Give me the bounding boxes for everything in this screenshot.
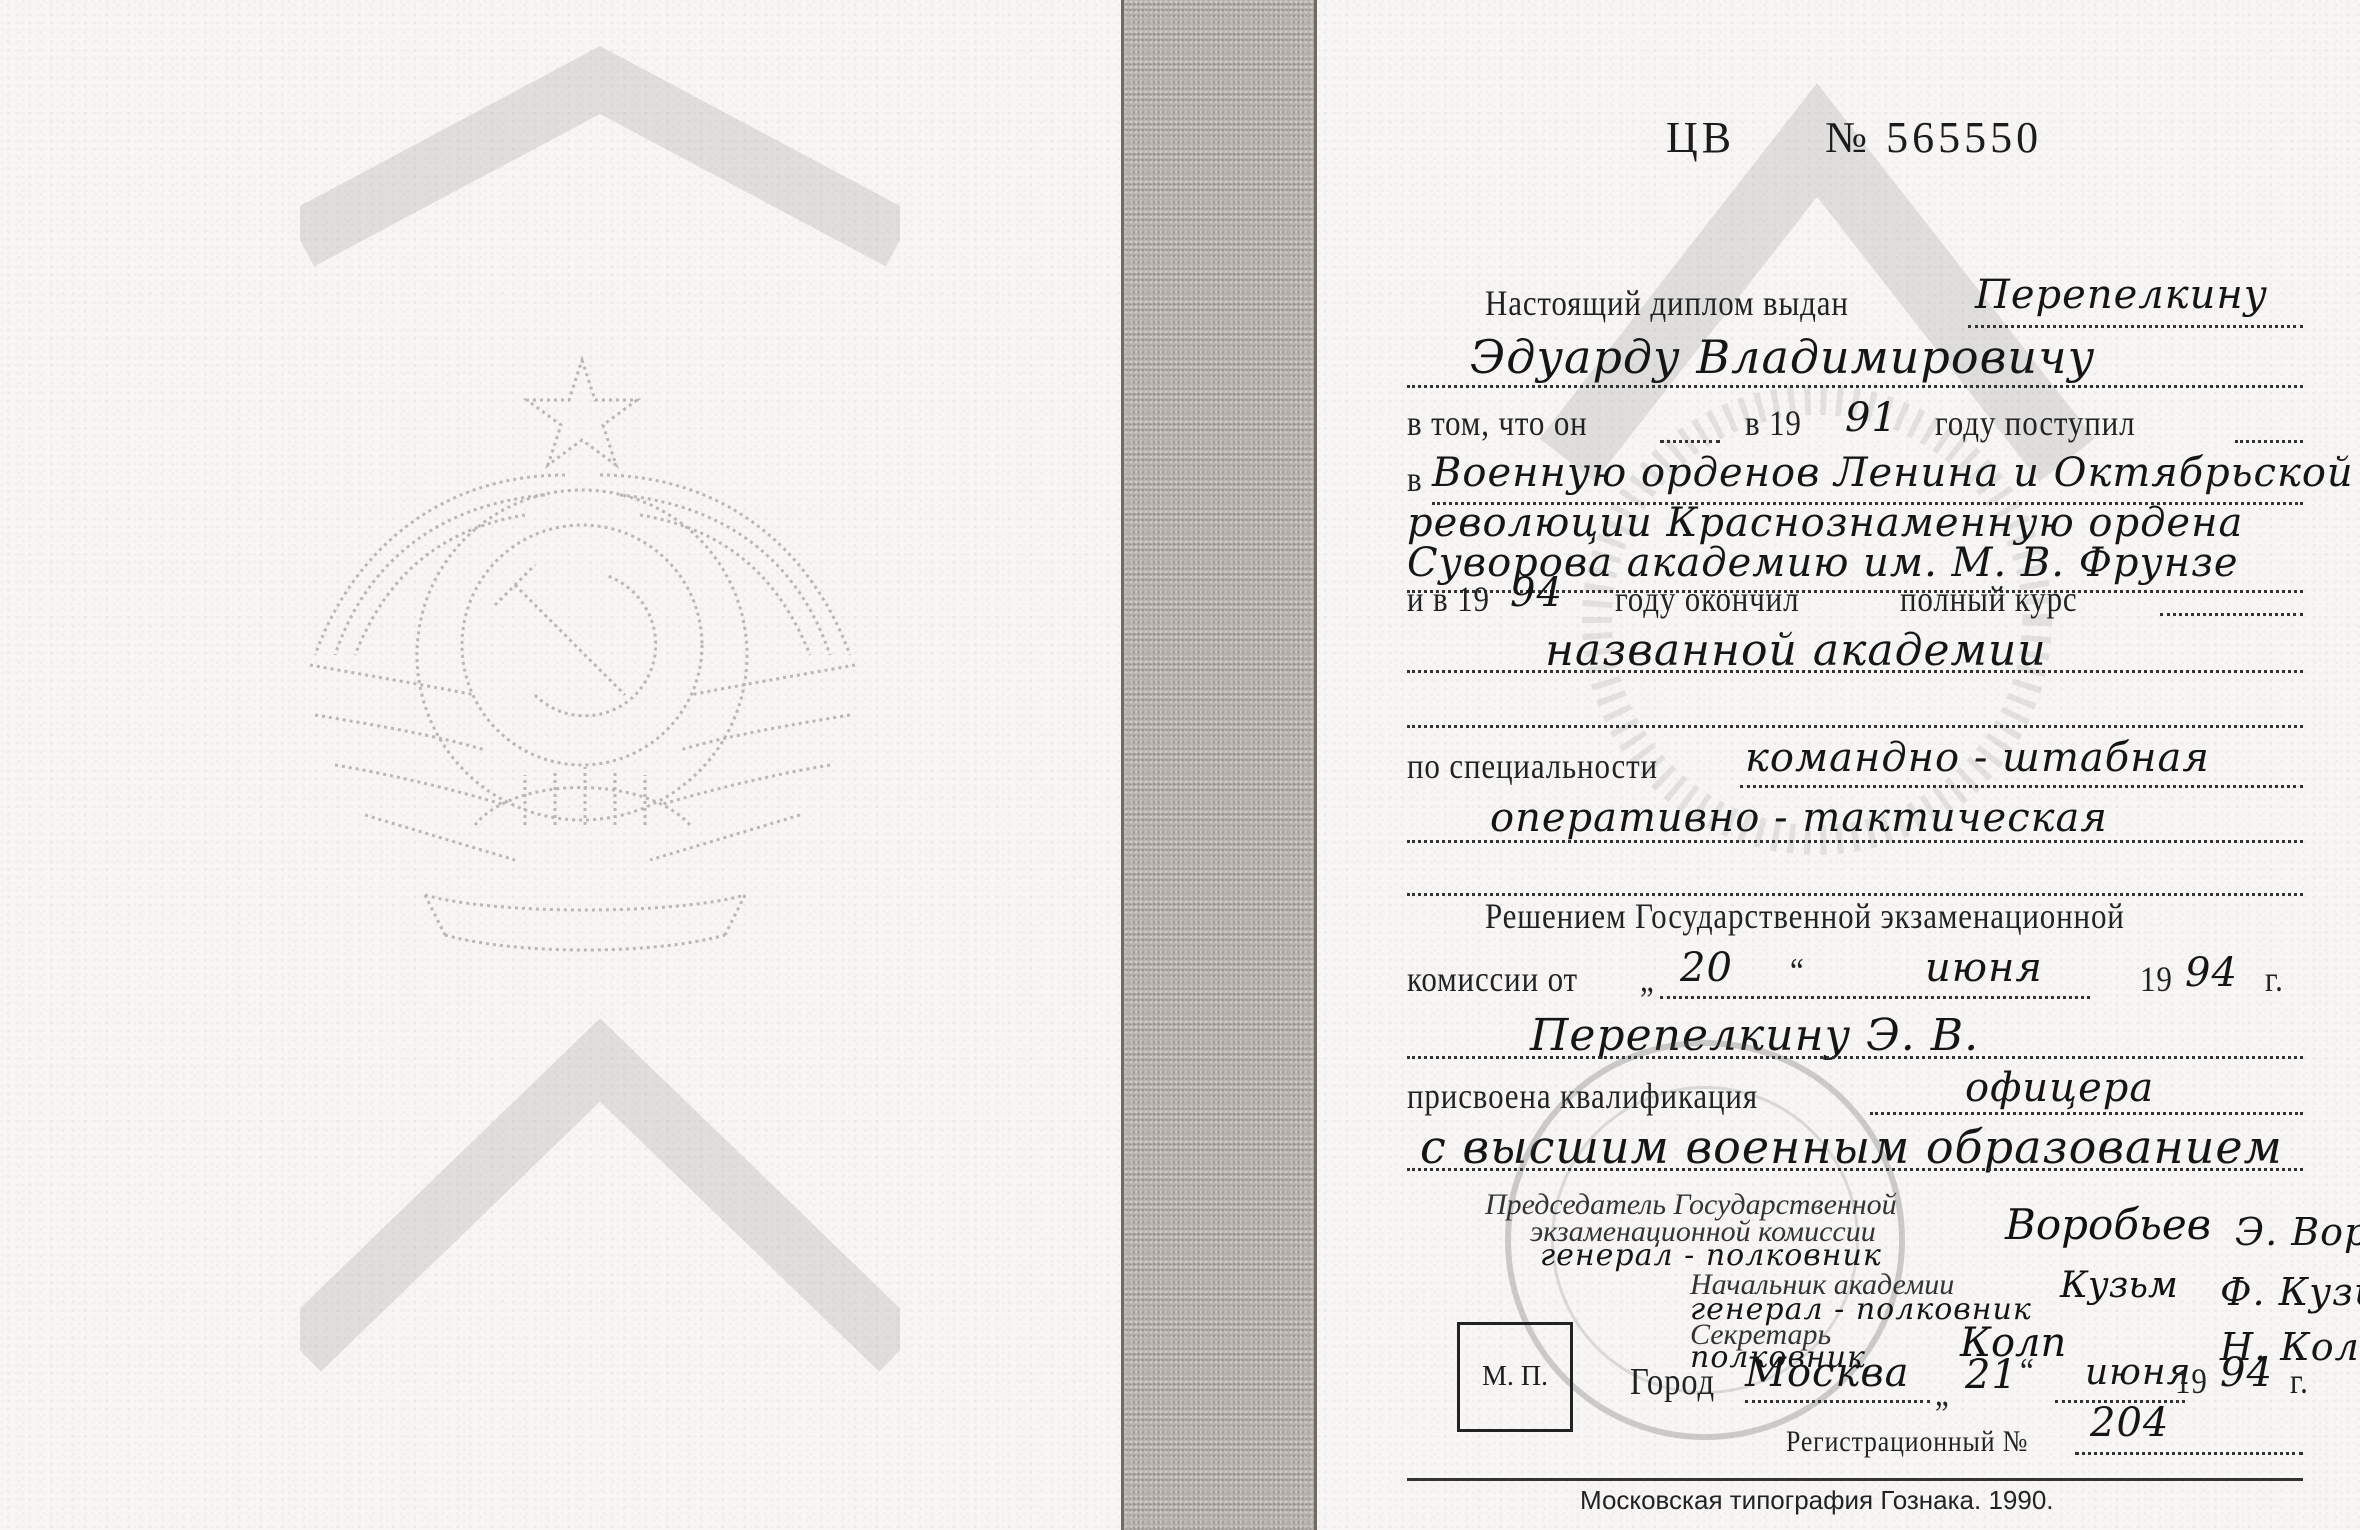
dotted-line [1745,1400,1930,1403]
institution-line-1: Военную орденов Ленина и Октябрьской [1432,450,2354,496]
dotted-line [2235,440,2303,443]
printer-footer: Московская типография Гознака. 1990. [1580,1485,2054,1516]
institution-prefix: в [1407,458,1422,500]
head-signature: Кузьм [2060,1265,2178,1306]
dotted-line [1407,840,2303,843]
decision-month: июня [1925,945,2043,991]
dotted-line [1870,1112,2303,1115]
decision-year: 94 [2185,950,2238,996]
issue-year: 94 [2220,1350,2273,1396]
chair-signature: Воробьев [2005,1200,2211,1249]
dotted-line [1660,440,1720,443]
and-in-label: и в 19 [1407,578,1490,620]
recipient-surname: Перепелкину [1975,272,2268,318]
dotted-line [1968,325,2303,328]
watermark-pattern [300,40,900,300]
serial-number: 565550 [1886,113,2042,162]
course-name: названной академии [1545,625,2047,676]
city-label: Город [1630,1360,1715,1404]
commission-from-label: комиссии от [1407,958,1578,1000]
state-emblem-icon [295,355,870,965]
dotted-line [1660,996,2090,999]
specialty-label: по специальности [1407,745,1658,787]
graduate-year: 94 [1510,570,1563,616]
decision-year-suffix: г. [2265,958,2284,1000]
issue-year-suffix: г. [2290,1360,2309,1402]
enroll-year: 91 [1845,395,1898,441]
issued-label: Настоящий диплом выдан [1485,282,1849,324]
dotted-line [1740,785,2303,788]
quote-open: „ [1640,958,1655,1000]
specialty-line-2: оперативно - тактическая [1490,795,2108,841]
watermark-pattern [300,1000,900,1400]
dotted-line [2075,1452,2303,1455]
decision-day: 20 [1680,945,1733,991]
dotted-line [1407,385,2303,388]
city-value: Москва [1745,1350,1909,1396]
quote-close: “ [1790,950,1805,992]
quote-close: “ [2020,1350,2035,1392]
decision-label: Решением Государственной экзаменационной [1485,895,2125,937]
diploma-serial: ЦВ № 565550 [1666,112,2042,163]
recipient-name-patronymic: Эдуарду Владимировичу [1470,330,2095,384]
specialty-line-1: командно - штабная [1745,735,2210,781]
seal-placeholder-box: М. П. [1457,1322,1573,1432]
issue-day: 21 [1965,1352,2018,1398]
book-spine-gutter [1121,0,1317,1530]
enroll-label: году поступил [1935,402,2135,444]
full-course-label: полный курс [1900,578,2078,620]
in-year-label: в 19 [1745,402,1802,444]
footer-separator [1407,1478,2303,1481]
seal-placeholder-label: М. П. [1482,1361,1548,1393]
in-that-label: в том, что он [1407,402,1588,444]
dotted-line [1407,1056,2303,1059]
registration-number: 204 [2090,1400,2169,1446]
qualification-line-1: офицера [1965,1065,2154,1111]
registration-label: Регистрационный № [1786,1425,2028,1459]
quote-open: „ [1935,1372,1950,1414]
chair-name: Э. Вороб [2235,1210,2360,1254]
dotted-line [2160,613,2303,616]
diploma-left-page [0,0,1121,1530]
decision-year-prefix: 19 [2140,958,2173,1000]
dotted-line [1407,725,2303,728]
dotted-line [1407,670,2303,673]
serial-number-sign: № [1825,113,1871,162]
head-name: Ф. Кузьм [2220,1270,2360,1314]
issue-year-prefix: 19 [2175,1360,2208,1402]
graduated-label: году окончил [1615,578,1799,620]
serial-series: ЦВ [1666,113,1735,162]
